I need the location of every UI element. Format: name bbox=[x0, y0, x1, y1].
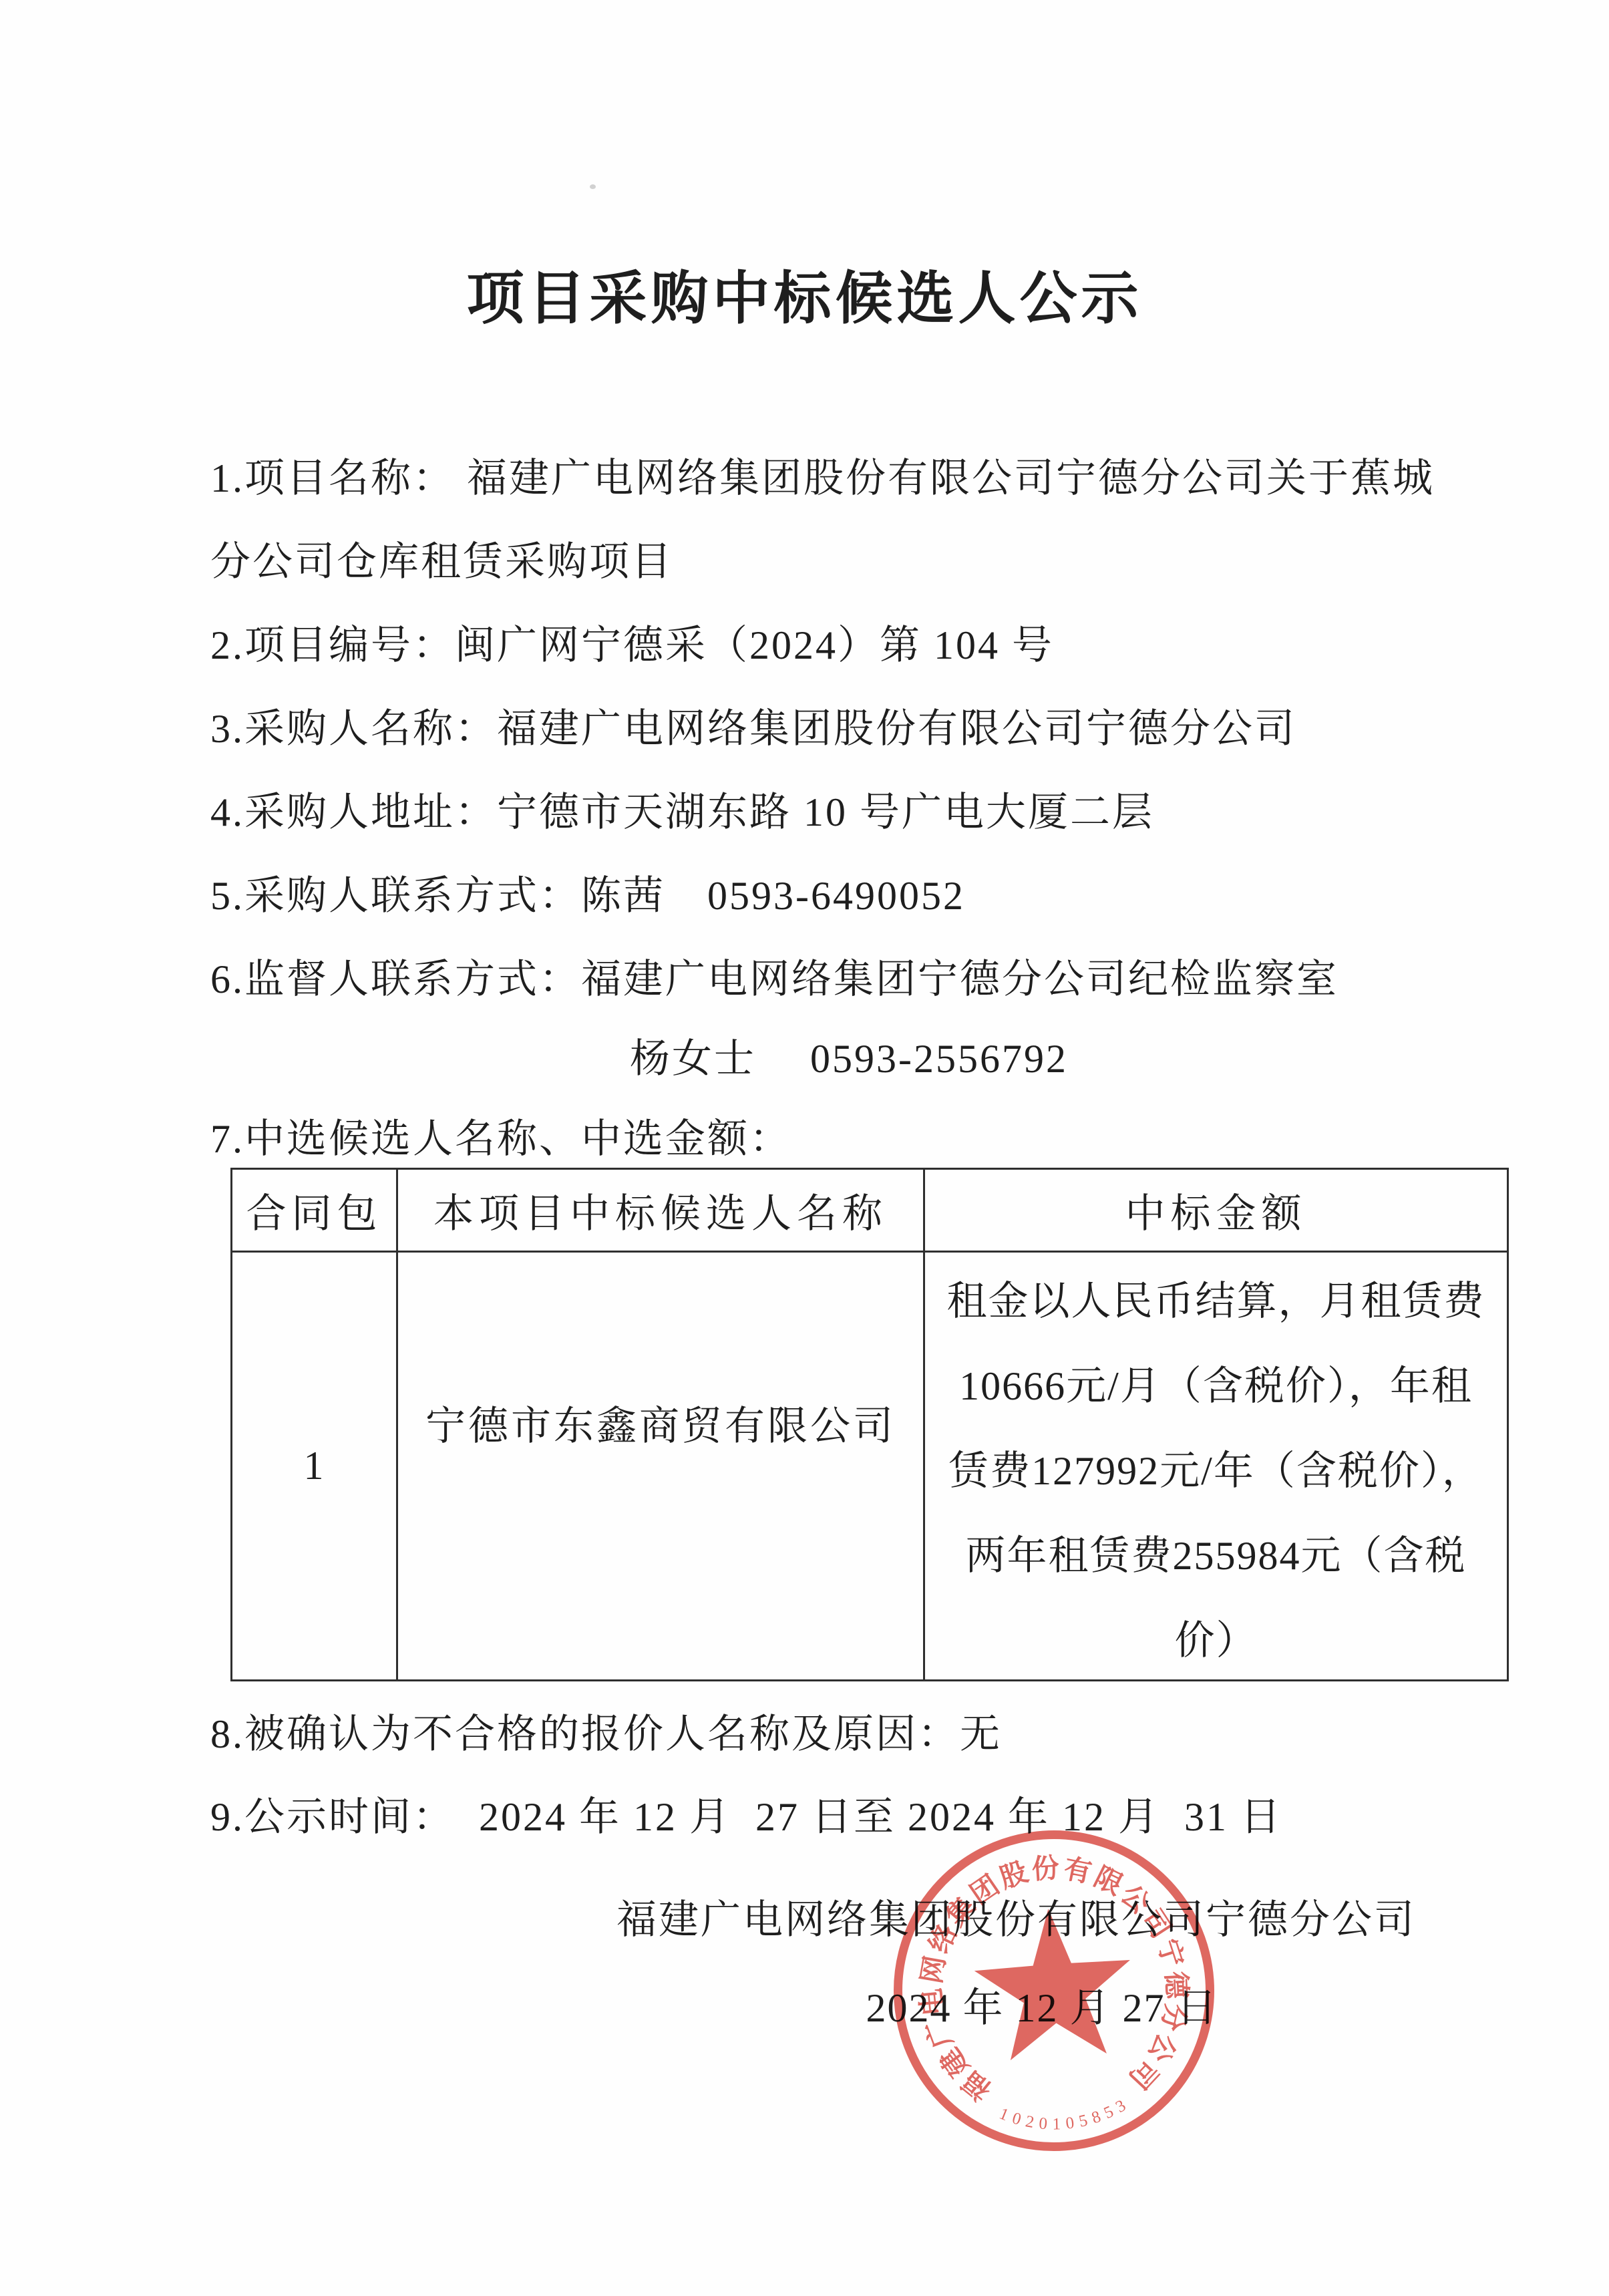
body-line-supervisor-contact: 6.监督人联系方式：福建广电网络集团宁德分公司纪检监察室 bbox=[210, 957, 1338, 1001]
cell-package-no: 1 bbox=[232, 1253, 398, 1679]
body-line-supervisor-contact-2: 杨女士 0593-2556792 bbox=[630, 1037, 1068, 1081]
header-amount: 中标金额 bbox=[925, 1170, 1507, 1253]
body-line-project-number: 2.项目编号：闽广网宁德采（2024）第 104 号 bbox=[210, 623, 1054, 667]
closing-line-disqualified: 8.被确认为不合格的报价人名称及原因：无 bbox=[210, 1712, 1002, 1756]
table-header-row: 合同包 本项目中标候选人名称 中标金额 bbox=[232, 1170, 1507, 1253]
candidates-table: 合同包 本项目中标候选人名称 中标金额 1 宁德市东鑫商贸有限公司 租金以人民币… bbox=[230, 1168, 1509, 1681]
amount-line: 赁费127992元/年（含税价）， bbox=[942, 1425, 1489, 1510]
amount-line: 价） bbox=[942, 1595, 1489, 1679]
amount-line: 租金以人民币结算，月租赁费 bbox=[942, 1255, 1489, 1340]
cell-candidate-name: 宁德市东鑫商贸有限公司 bbox=[398, 1253, 925, 1679]
scan-artifact-dot bbox=[590, 184, 596, 189]
body-line-purchaser-address: 4.采购人地址：宁德市天湖东路 10 号广电大厦二层 bbox=[210, 790, 1154, 834]
body-line-project-name-2: 分公司仓库租赁采购项目 bbox=[210, 540, 673, 584]
body-line-candidates-heading: 7.中选候选人名称、中选金额： bbox=[210, 1117, 791, 1161]
company-seal-stamp: 福建广电网络集团股份有限公司宁德分公司 1020105853 bbox=[883, 1820, 1225, 2162]
amount-line: 两年租赁费255984元（含税 bbox=[942, 1510, 1489, 1595]
header-candidate: 本项目中标候选人名称 bbox=[398, 1170, 925, 1253]
page-title: 项目采购中标候选人公示 bbox=[0, 267, 1609, 331]
announcement-document: 项目采购中标候选人公示 1.项目名称： 福建广电网络集团股份有限公司宁德分公司关… bbox=[0, 0, 1609, 2296]
table-row: 1 宁德市东鑫商贸有限公司 租金以人民币结算，月租赁费 10666元/月（含税价… bbox=[232, 1253, 1507, 1679]
cell-amount: 租金以人民币结算，月租赁费 10666元/月（含税价），年租 赁费127992元… bbox=[925, 1253, 1507, 1679]
header-package: 合同包 bbox=[232, 1170, 398, 1253]
amount-line: 10666元/月（含税价），年租 bbox=[942, 1340, 1489, 1425]
body-line-purchaser-name: 3.采购人名称：福建广电网络集团股份有限公司宁德分公司 bbox=[210, 707, 1296, 751]
body-line-project-name: 1.项目名称： 福建广电网络集团股份有限公司宁德分公司关于蕉城 bbox=[210, 456, 1435, 500]
seal-star-icon bbox=[962, 1899, 1145, 2082]
body-line-purchaser-contact: 5.采购人联系方式：陈茜 0593-6490052 bbox=[210, 874, 965, 918]
